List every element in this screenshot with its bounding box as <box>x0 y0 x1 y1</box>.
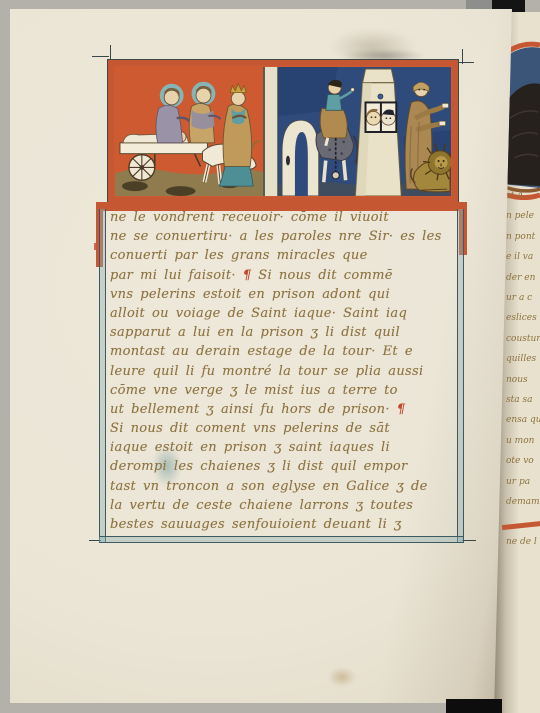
facing-text-line: quilles <box>506 349 540 369</box>
manuscript-line: cōme vne verge ʒ le mist ius a terre to <box>110 381 458 400</box>
frame-rule-left <box>99 209 106 543</box>
miniature-right-panel <box>278 67 451 196</box>
manuscript-text: ne le vondrent receuoir· cōme il viuoitn… <box>110 208 458 534</box>
facing-text-line: e il va <box>506 247 540 267</box>
facing-text-line: sta sa <box>506 390 540 410</box>
panel-divider <box>264 67 278 196</box>
facing-text-line: ensa qu <box>506 410 540 430</box>
corner-tick <box>462 540 476 541</box>
manuscript-line: iaque estoit en prison ʒ saint iaques li <box>110 438 458 457</box>
manuscript-line: par mi lui faisoit· ¶ Si nous dit commē <box>110 266 458 285</box>
facing-text-line: ur pa <box>506 472 540 492</box>
manuscript-line: conuerti par les grans miracles que <box>110 246 458 265</box>
facing-text-line: u mon <box>506 431 540 451</box>
manuscript-line: ne se conuertiru· a les paroles nre Sir·… <box>110 227 458 246</box>
manuscript-line: vns pelerins estoit en prison adont qui <box>110 285 458 304</box>
facing-text-line: der en <box>506 268 540 288</box>
manuscript-photo: ne le vondrent receuoir· cōme il viuoitn… <box>0 0 540 713</box>
facing-text-line: demam <box>506 492 540 512</box>
facing-text-line: nous <box>506 370 540 390</box>
prison-tower <box>356 69 402 196</box>
manuscript-line: tast vn troncon a son eglyse en Galice ʒ… <box>110 477 458 496</box>
facing-text-line: coustur <box>506 329 540 349</box>
miniature-art <box>115 67 451 196</box>
facing-text-fragments: st An pelen ponte il vader enur a ceslic… <box>506 186 540 552</box>
facing-text-line: ote vo <box>506 451 540 471</box>
white-arch <box>282 120 319 196</box>
parchment-stain <box>328 667 356 687</box>
facing-text-line: st A <box>506 186 540 206</box>
manuscript-line: Si nous dit coment vns pelerins de sāt <box>110 419 458 438</box>
manuscript-line: leure quil li fu montré la tour se plia … <box>110 362 458 381</box>
facing-text-line: ne de l <box>506 532 540 552</box>
corner-tick <box>457 62 474 63</box>
manuscript-line: ut bellement ʒ ainsi fu hors de prison· … <box>110 400 458 419</box>
facing-text-line: eslices <box>506 308 540 328</box>
facing-text-line: ur a c <box>506 288 540 308</box>
manuscript-line: ne le vondrent receuoir· cōme il viuoit <box>110 208 458 227</box>
left-page: ne le vondrent receuoir· cōme il viuoitn… <box>10 9 512 703</box>
corner-tick <box>92 56 109 57</box>
backdrop-gray-patch <box>466 0 493 9</box>
corner-tick <box>110 45 111 60</box>
manuscript-line: alloit ou voiage de Saint iaque· Saint i… <box>110 304 458 323</box>
manuscript-line: sapparut a lui en la prison ʒ li dist qu… <box>110 323 458 342</box>
manuscript-line: montast au derain estage de la tour· Et … <box>110 342 458 361</box>
manuscript-line: bestes sauuages senfouioient deuant li ʒ <box>110 515 458 534</box>
miniature-left-panel <box>115 67 264 196</box>
facing-text-line: n pele <box>506 206 540 226</box>
manuscript-line: la vertu de ceste chaiene larrons ʒ tout… <box>110 496 458 515</box>
facing-text-line: n pont <box>506 227 540 247</box>
miniature <box>107 59 459 204</box>
frame-rule-bottom <box>99 536 463 543</box>
corner-tick <box>462 49 463 64</box>
manuscript-line: derompi les chaienes ʒ li dist quil empo… <box>110 457 458 476</box>
backdrop-black-patch-bottom <box>446 699 502 713</box>
frame-rule-right <box>457 209 464 543</box>
